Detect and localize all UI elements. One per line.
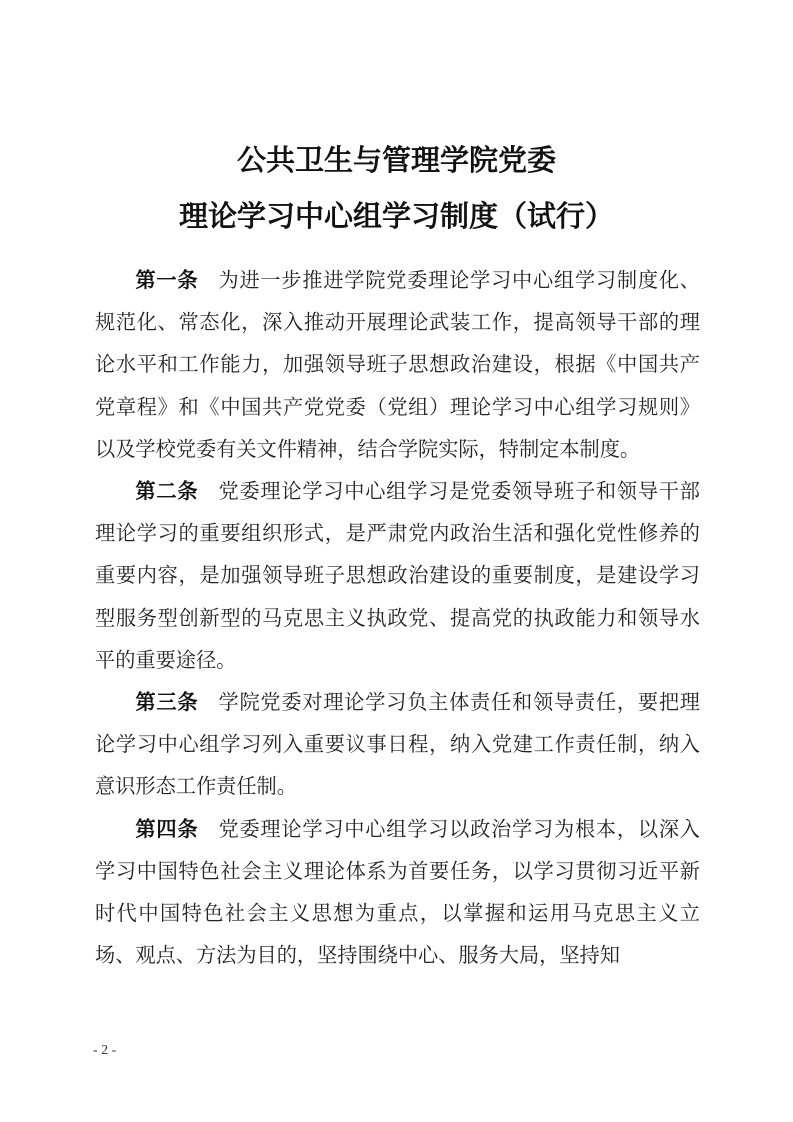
article-label: 第二条 [135, 479, 198, 503]
page-number: - 2 - [93, 1043, 116, 1059]
article-label: 第一条 [135, 268, 198, 292]
article-3: 第三条学院党委对理论学习负主体责任和领导责任，要把理论学习中心组学习列入重要议事… [95, 681, 700, 808]
article-label: 第四条 [135, 817, 198, 841]
article-text: 为进一步推进学院党委理论学习中心组学习制度化、规范化、常态化，深入推动开展理论武… [95, 268, 700, 461]
article-label: 第三条 [135, 690, 198, 714]
document-page: 公共卫生与管理学院党委 理论学习中心组学习制度（试行） 第一条为进一步推进学院党… [0, 0, 793, 1122]
document-title-line-2: 理论学习中心组学习制度（试行） [0, 198, 793, 234]
article-1: 第一条为进一步推进学院党委理论学习中心组学习制度化、规范化、常态化，深入推动开展… [95, 259, 700, 470]
article-2: 第二条党委理论学习中心组学习是党委领导班子和领导干部理论学习的重要组织形式，是严… [95, 470, 700, 681]
article-text: 党委理论学习中心组学习是党委领导班子和领导干部理论学习的重要组织形式，是严肃党内… [95, 479, 700, 672]
document-title-line-1: 公共卫生与管理学院党委 [0, 142, 793, 178]
document-body: 第一条为进一步推进学院党委理论学习中心组学习制度化、规范化、常态化，深入推动开展… [95, 259, 700, 976]
article-4: 第四条党委理论学习中心组学习以政治学习为根本，以深入学习中国特色社会主义理论体系… [95, 808, 700, 977]
